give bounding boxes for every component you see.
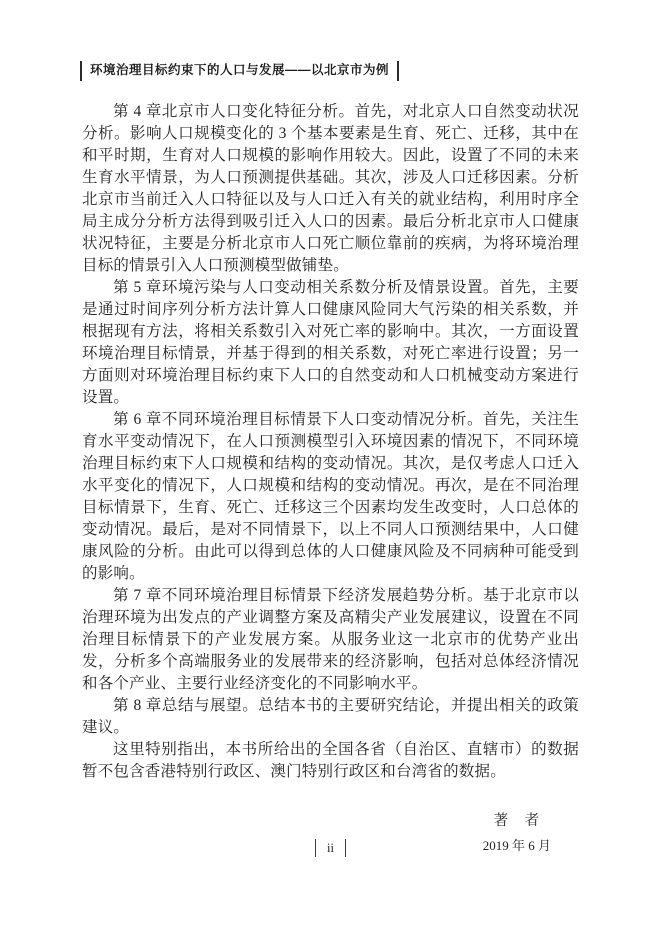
paragraph-chapter-7: 第 7 章不同环境治理目标情景下经济发展趋势分析。基于北京市以治理环境为出发点的… [82,585,579,695]
book-page: 环境治理目标约束下的人口与发展——以北京市为例 第 4 章北京市人口变化特征分析… [0,0,661,925]
page-number: ii [315,839,346,857]
page-body: 第 4 章北京市人口变化特征分析。首先，对北京人口自然变动状况分析。影响人口规模… [82,101,579,859]
running-header-title: 环境治理目标约束下的人口与发展——以北京市为例 [80,61,399,81]
paragraph-chapter-6: 第 6 章不同环境治理目标情景下人口变动情况分析。首先，关注生育水平变动情况下，… [82,409,579,585]
paragraph-chapter-5: 第 5 章环境污染与人口变动相关系数分析及情景设置。首先，主要是通过时间序列分析… [82,277,579,409]
paragraph-chapter-4: 第 4 章北京市人口变化特征分析。首先，对北京人口自然变动状况分析。影响人口规模… [82,101,579,277]
paragraph-chapter-8: 第 8 章总结与展望。总结本书的主要研究结论，并提出相关的政策建议。 [82,695,579,739]
page-footer: ii [0,839,661,857]
paragraph-data-note: 这里特别指出，本书所给出的全国各省（自治区、直辖市）的数据暂不包含香港特别行政区… [82,739,579,783]
author-signature: 著 者 [483,809,551,833]
